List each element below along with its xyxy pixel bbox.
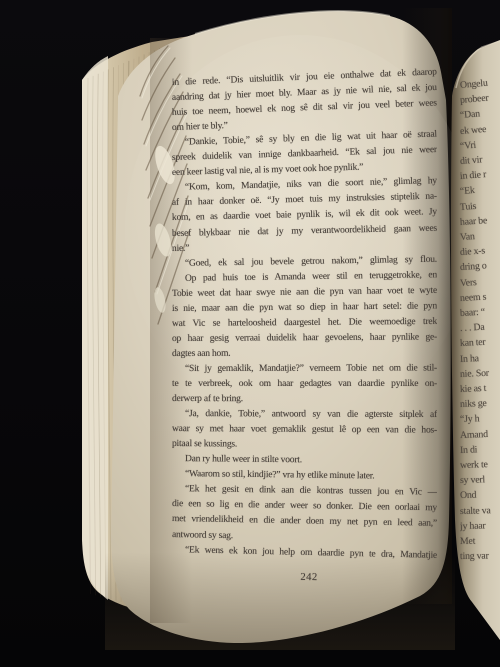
left-page-text-line: waar sy met haar voet gemaklik gestut lê… — [172, 422, 437, 439]
left-page-text-line: wat Vic se harteloosheid daargestel het.… — [172, 315, 437, 332]
right-page-text-fragment: werk te — [460, 456, 500, 473]
right-page-sliver-text: Ongeluprobeer“Danek wee“Vridit virin die… — [460, 0, 500, 667]
right-page-text-fragment: “Ek — [459, 180, 500, 199]
right-page-text-fragment: kan ter — [460, 333, 500, 351]
right-page-text-fragment: stalte va — [460, 502, 500, 518]
right-page-text-fragment: neem s — [460, 287, 500, 305]
right-page-text-fragment: In di — [460, 441, 500, 458]
right-page-text-fragment: Vers — [460, 272, 500, 290]
left-page-text-line: derwerp af te bring. — [172, 392, 437, 408]
left-page-text-line: “Ja, dankie, Tobie,” antwoord sy van die… — [172, 407, 437, 423]
left-page-text-line: dagtes aan hom. — [172, 346, 437, 362]
right-page-text-fragment: Amand — [460, 425, 500, 442]
left-page-text-line: op haar gesig verraai duidelik haar gevo… — [172, 330, 437, 347]
page-number: 242 — [287, 571, 331, 586]
right-page-text-fragment: sy verl — [460, 471, 500, 488]
right-page-text-fragment: “Jy h — [460, 410, 500, 427]
left-page-text-line: is nie, maar aan die pyn wat so diep in … — [172, 299, 437, 317]
right-page-text-fragment: ting var — [460, 548, 500, 564]
left-page-text-line: “Sit jy gemaklik, Mandatjie?” verneem To… — [172, 361, 437, 377]
right-page-text-fragment: jy haar — [460, 518, 500, 534]
right-page-text-fragment: nie. Sor — [460, 364, 500, 382]
right-page-text-fragment: kie as t — [460, 379, 500, 396]
right-page-text-fragment: In ha — [460, 349, 500, 367]
left-page-text: in die rede. “Dis uitsluitlik vir jou ei… — [172, 0, 437, 667]
right-page-text-fragment: dring o — [460, 257, 500, 276]
right-page-text-fragment: Ond — [460, 487, 500, 504]
left-page-text-line: te te verbreek, ook om haar gedagtes van… — [172, 377, 437, 392]
right-page-text-fragment: niks ge — [460, 395, 500, 412]
right-page-text-fragment: Met — [460, 533, 500, 549]
photo-of-open-book: in die rede. “Dis uitsluitlik vir jou ei… — [0, 0, 500, 667]
